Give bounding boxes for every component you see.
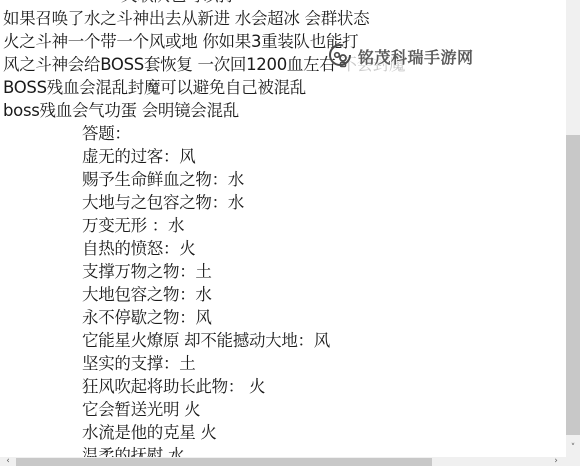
answer-item: 自热的愤怒：火 [3,237,405,260]
document-text: 关联队也可以打 如果召唤了水之斗神出去从新进 水会超冰 会群状态 火之斗神一个带… [3,0,405,457]
answers-heading: 答题： [3,122,405,145]
horizontal-scroll-thumb[interactable] [16,458,432,466]
text-line: 风之斗神会给BOSS套恢复 一次回1200血左右 不会封魔 [3,53,405,76]
document-viewport: 关联队也可以打 如果召唤了水之斗神出去从新进 水会超冰 会群状态 火之斗神一个带… [0,0,566,457]
text-line: 火之斗神一个带一个风或地 你如果3重装队也能打 [3,30,405,53]
answer-item: 它能星火燎原 却不能撼动大地：风 [3,329,405,352]
answer-item: 大地包容之物：水 [3,283,405,306]
answer-item: 万变无形 ：水 [3,214,405,237]
text-line: BOSS残血会混乱封魔可以避免自己被混乱 [3,76,405,99]
text-line-faded-suffix: 不会封魔 [336,55,406,74]
answer-item: 支撑万物之物：土 [3,260,405,283]
vertical-scroll-thumb[interactable] [566,135,580,435]
scroll-right-arrow-icon[interactable]: › [550,455,562,466]
text-line: boss残血会气功蛋 会明镜会混乱 [3,99,405,122]
scroll-left-arrow-icon[interactable]: ‹ [2,455,14,466]
answer-item: 赐予生命鲜血之物：水 [3,168,405,191]
answer-item: 大地与之包容之物：水 [3,191,405,214]
answer-item: 虚无的过客：风 [3,145,405,168]
answer-item: 永不停歇之物：风 [3,306,405,329]
answer-item: 水流是他的克星 火 [3,421,405,444]
scrollbar-corner [566,457,580,466]
answer-item: 温柔的抚慰 水 [3,444,405,457]
vertical-scrollbar[interactable]: ˅ [566,0,580,457]
horizontal-scrollbar[interactable]: ‹ › [0,457,566,466]
answer-item: 它会暂送光明 火 [3,398,405,421]
answer-item: 坚实的支撑：土 [3,352,405,375]
text-line-main: 风之斗神会给BOSS套恢复 一次回1200血左右 [3,55,336,74]
scroll-down-arrow-icon[interactable]: ˅ [566,441,580,455]
text-line: 如果召唤了水之斗神出去从新进 水会超冰 会群状态 [3,7,405,30]
clipped-top-line: 关联队也可以打 [3,0,405,7]
answer-item: 狂风吹起将助长此物： 火 [3,375,405,398]
